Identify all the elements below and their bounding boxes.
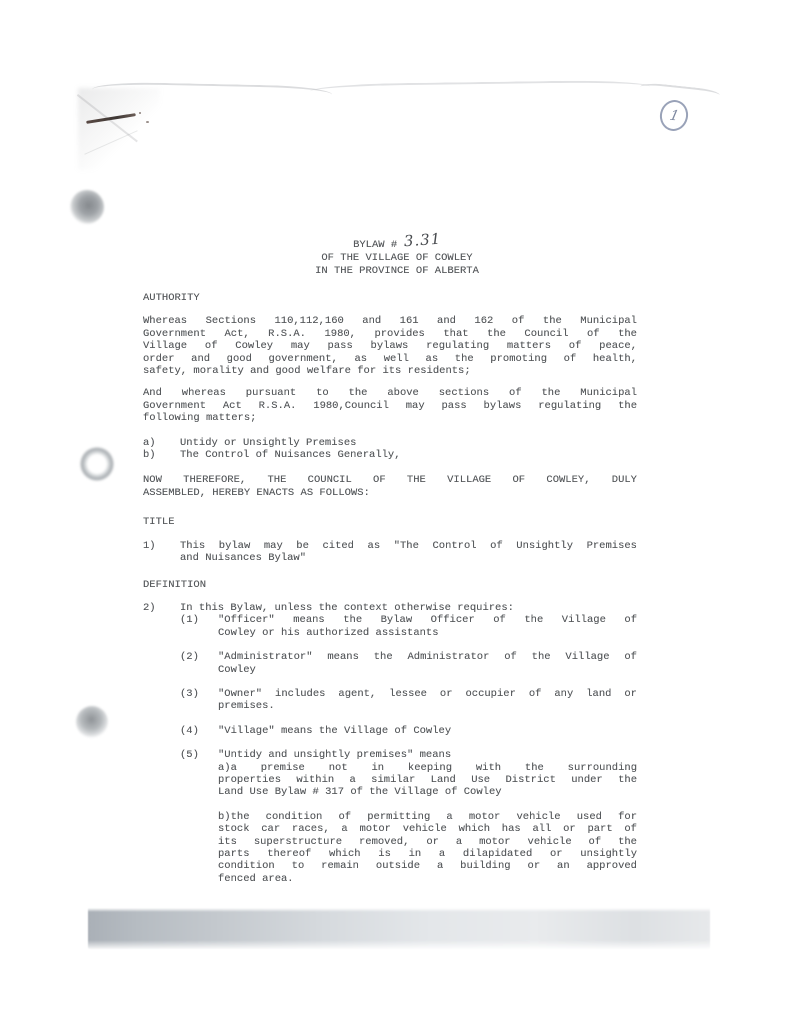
definition-label: (3) — [180, 688, 218, 700]
authority-paragraph-2: And whereas pursuant to the above sectio… — [143, 387, 637, 424]
authority-item-list: a) Untidy or Unsightly Premises b) The C… — [143, 437, 637, 462]
fold-crease — [84, 130, 137, 155]
page-number-text: 1 — [668, 107, 680, 123]
definition-text: "Officer" means the Bylaw Officer of the… — [218, 614, 637, 639]
clause-1: 1) This bylaw may be cited as "The Contr… — [143, 540, 637, 565]
authority-paragraph-1: Whereas Sections 110,112,160 and 161 and… — [143, 315, 637, 377]
document-title: BYLAW # 3.31 OF THE VILLAGE OF COWLEY IN… — [143, 236, 637, 278]
definition-heading: DEFINITION — [143, 579, 637, 591]
clause-2: 2) In this Bylaw, unless the context oth… — [143, 602, 637, 885]
clause-label: 2) — [143, 602, 180, 614]
title-line-3: IN THE PROVINCE OF ALBERTA — [157, 265, 637, 278]
hole-punch-mark — [76, 706, 108, 738]
list-item-text: Untidy or Unsightly Premises — [180, 437, 637, 449]
bylaw-number-prefix: BYLAW # — [353, 239, 397, 251]
definition-text: "Untidy and unsightly premises" means a)… — [218, 749, 637, 885]
fold-crease — [77, 94, 138, 142]
title-section-heading: TITLE — [143, 516, 637, 528]
scan-shadow-band — [88, 905, 710, 949]
toner-speck — [146, 121, 149, 123]
definition-label: (1) — [180, 614, 218, 626]
definition-text: "Owner" includes agent, lessee or occupi… — [218, 688, 637, 713]
definition-text: "Administrator" means the Administrator … — [218, 651, 637, 676]
staple-mark — [86, 113, 136, 124]
enactment-clause: NOW THEREFORE, THE COUNCIL OF THE VILLAG… — [143, 474, 637, 499]
title-line-1: BYLAW # 3.31 — [157, 236, 637, 252]
list-item-label: a) — [143, 437, 180, 449]
definition-item: (2) "Administrator" means the Administra… — [180, 651, 637, 676]
definition-item: (5) "Untidy and unsightly premises" mean… — [180, 749, 637, 885]
clause-text: This bylaw may be cited as "The Control … — [180, 540, 637, 565]
handwritten-page-number: 1 — [657, 97, 691, 133]
folded-corner-smudge — [78, 88, 160, 170]
document-body: BYLAW # 3.31 OF THE VILLAGE OF COWLEY IN… — [143, 236, 637, 885]
definition-text: "Village" means the Village of Cowley — [218, 725, 637, 737]
authority-heading: AUTHORITY — [143, 292, 637, 304]
title-line-2: OF THE VILLAGE OF COWLEY — [157, 252, 637, 265]
hole-punch-mark — [80, 447, 114, 481]
definition-intro: In this Bylaw, unless the context otherw… — [180, 602, 637, 614]
definition-subclause-a: a)a premise not in keeping with the surr… — [218, 762, 637, 799]
list-item-label: b) — [143, 449, 180, 461]
bylaw-number-handwritten: 3.31 — [403, 233, 441, 249]
definition-label: (5) — [180, 749, 218, 761]
definition-content: In this Bylaw, unless the context otherw… — [180, 602, 637, 885]
toner-speck — [139, 112, 141, 114]
list-item-text: The Control of Nuisances Generally, — [180, 449, 637, 461]
definition-label: (2) — [180, 651, 218, 663]
definition-subclause-b: b)the condition of permitting a motor ve… — [218, 811, 637, 885]
list-item: a) Untidy or Unsightly Premises — [143, 437, 637, 449]
definition-head: "Untidy and unsightly premises" means — [218, 749, 637, 761]
paper-top-edge — [640, 82, 721, 100]
list-item: b) The Control of Nuisances Generally, — [143, 449, 637, 461]
definition-item: (3) "Owner" includes agent, lessee or oc… — [180, 688, 637, 713]
clause-label: 1) — [143, 540, 180, 552]
definition-label: (4) — [180, 725, 218, 737]
paper-top-edge — [310, 80, 650, 99]
paper-top-edge — [92, 81, 332, 102]
definition-item: (4) "Village" means the Village of Cowle… — [180, 725, 637, 737]
definition-item: (1) "Officer" means the Bylaw Officer of… — [180, 614, 637, 639]
hole-punch-mark — [70, 190, 104, 224]
